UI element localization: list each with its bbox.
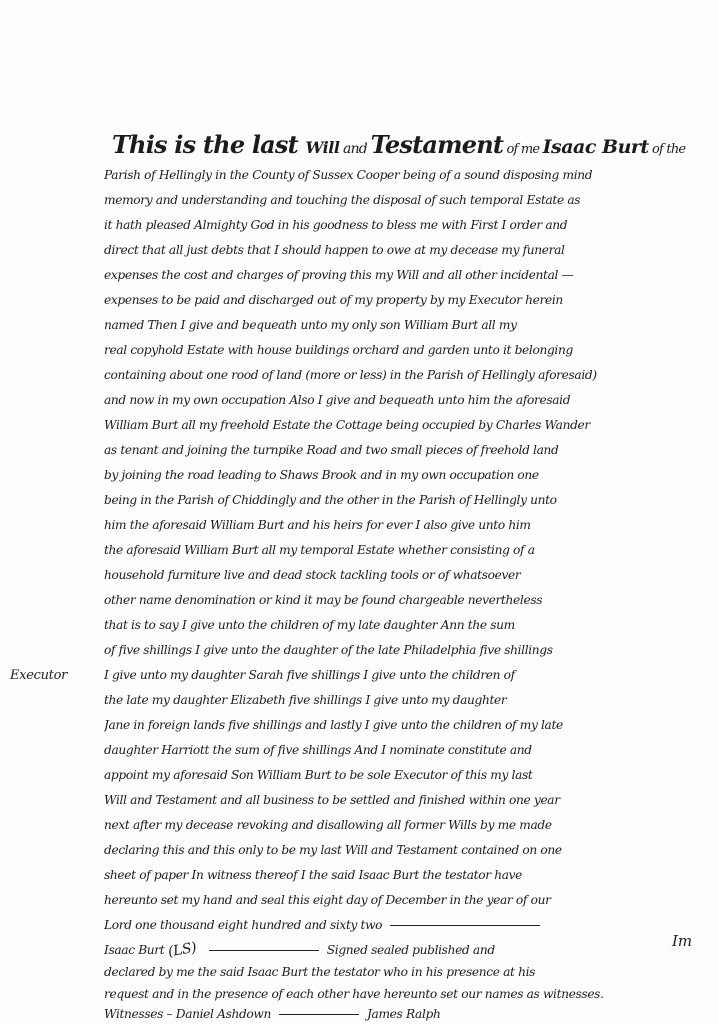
will-line-21: I give unto my daughter Sarah five shill… bbox=[104, 666, 694, 684]
will-line-31: Lord one thousand eight hundred and sixt… bbox=[104, 916, 694, 934]
witness-1-signature: Daniel Ashdown bbox=[176, 1007, 271, 1021]
will-line-31-text: Lord one thousand eight hundred and sixt… bbox=[104, 918, 382, 932]
will-line-13: by joining the road leading to Shaws Bro… bbox=[104, 466, 694, 484]
will-line-14: being in the Parish of Chiddingly and th… bbox=[104, 491, 694, 509]
margin-note-executor: Executor bbox=[10, 668, 67, 683]
will-line-1: Parish of Hellingly in the County of Sus… bbox=[104, 166, 694, 184]
document-heading: This is the last Will and Testament of m… bbox=[112, 130, 702, 165]
will-line-28: declaring this and this only to be my la… bbox=[104, 841, 694, 859]
blank-rule bbox=[390, 925, 540, 926]
heading-will: Will bbox=[305, 138, 339, 157]
will-line-24: daughter Harriott the sum of five shilli… bbox=[104, 741, 694, 759]
will-line-4: direct that all just debts that I should… bbox=[104, 241, 694, 259]
heading-this-is: This is the last bbox=[112, 130, 305, 159]
will-line-25: appoint my aforesaid Son William Burt to… bbox=[104, 766, 694, 784]
will-line-10: and now in my own occupation Also I give… bbox=[104, 391, 694, 409]
will-line-29: sheet of paper In witness thereof I the … bbox=[104, 866, 694, 884]
will-line-7: named Then I give and bequeath unto my o… bbox=[104, 316, 694, 334]
will-line-18: other name denomination or kind it may b… bbox=[104, 591, 694, 609]
witnesses-label: Witnesses – bbox=[104, 1007, 172, 1021]
witnesses-line: Witnesses – Daniel AshdownJames Ralph bbox=[104, 1005, 694, 1023]
will-line-9: containing about one rood of land (more … bbox=[104, 366, 694, 384]
will-line-3: it hath pleased Almighty God in his good… bbox=[104, 216, 694, 234]
will-document-page: Executor This is the last Will and Testa… bbox=[0, 0, 718, 1024]
will-line-30: hereunto set my hand and seal this eight… bbox=[104, 891, 694, 909]
will-line-17: household furniture live and dead stock … bbox=[104, 566, 694, 584]
will-line-23: Jane in foreign lands five shillings and… bbox=[104, 716, 694, 734]
will-line-19: that is to say I give unto the children … bbox=[104, 616, 694, 634]
heading-testator-name: Isaac Burt bbox=[543, 136, 649, 158]
will-line-26: Will and Testament and all business to b… bbox=[104, 791, 694, 809]
page-initials: Im bbox=[672, 932, 692, 950]
will-line-22: the late my daughter Elizabeth five shil… bbox=[104, 691, 694, 709]
testator-signature: Isaac Burt bbox=[104, 943, 164, 957]
will-line-20: of five shillings I give unto the daught… bbox=[104, 641, 694, 659]
will-line-2: memory and understanding and touching th… bbox=[104, 191, 694, 209]
will-line-11: William Burt all my freehold Estate the … bbox=[104, 416, 694, 434]
will-line-5: expenses the cost and charges of proving… bbox=[104, 266, 694, 284]
heading-testament: Testament bbox=[371, 130, 504, 159]
will-line-8: real copyhold Estate with house building… bbox=[104, 341, 694, 359]
heading-of-me: of me bbox=[503, 142, 542, 157]
signature-rule bbox=[209, 950, 319, 951]
seal-mark-icon: (LS) bbox=[167, 941, 198, 959]
heading-and: and bbox=[339, 141, 370, 157]
testator-signature-line: Isaac Burt(LS)Signed sealed published an… bbox=[104, 941, 694, 959]
witness-rule bbox=[279, 1014, 359, 1015]
will-line-6: expenses to be paid and discharged out o… bbox=[104, 291, 694, 309]
attestation-line-3: request and in the presence of each othe… bbox=[104, 985, 694, 1003]
attestation-line-1: Signed sealed published and bbox=[327, 943, 495, 957]
will-line-15: him the aforesaid William Burt and his h… bbox=[104, 516, 694, 534]
heading-of-the: of the bbox=[649, 142, 686, 157]
will-line-16: the aforesaid William Burt all my tempor… bbox=[104, 541, 694, 559]
witness-2-signature: James Ralph bbox=[367, 1007, 440, 1021]
will-line-27: next after my decease revoking and disal… bbox=[104, 816, 694, 834]
attestation-line-2: declared by me the said Isaac Burt the t… bbox=[104, 963, 694, 981]
will-line-12: as tenant and joining the turnpike Road … bbox=[104, 441, 694, 459]
